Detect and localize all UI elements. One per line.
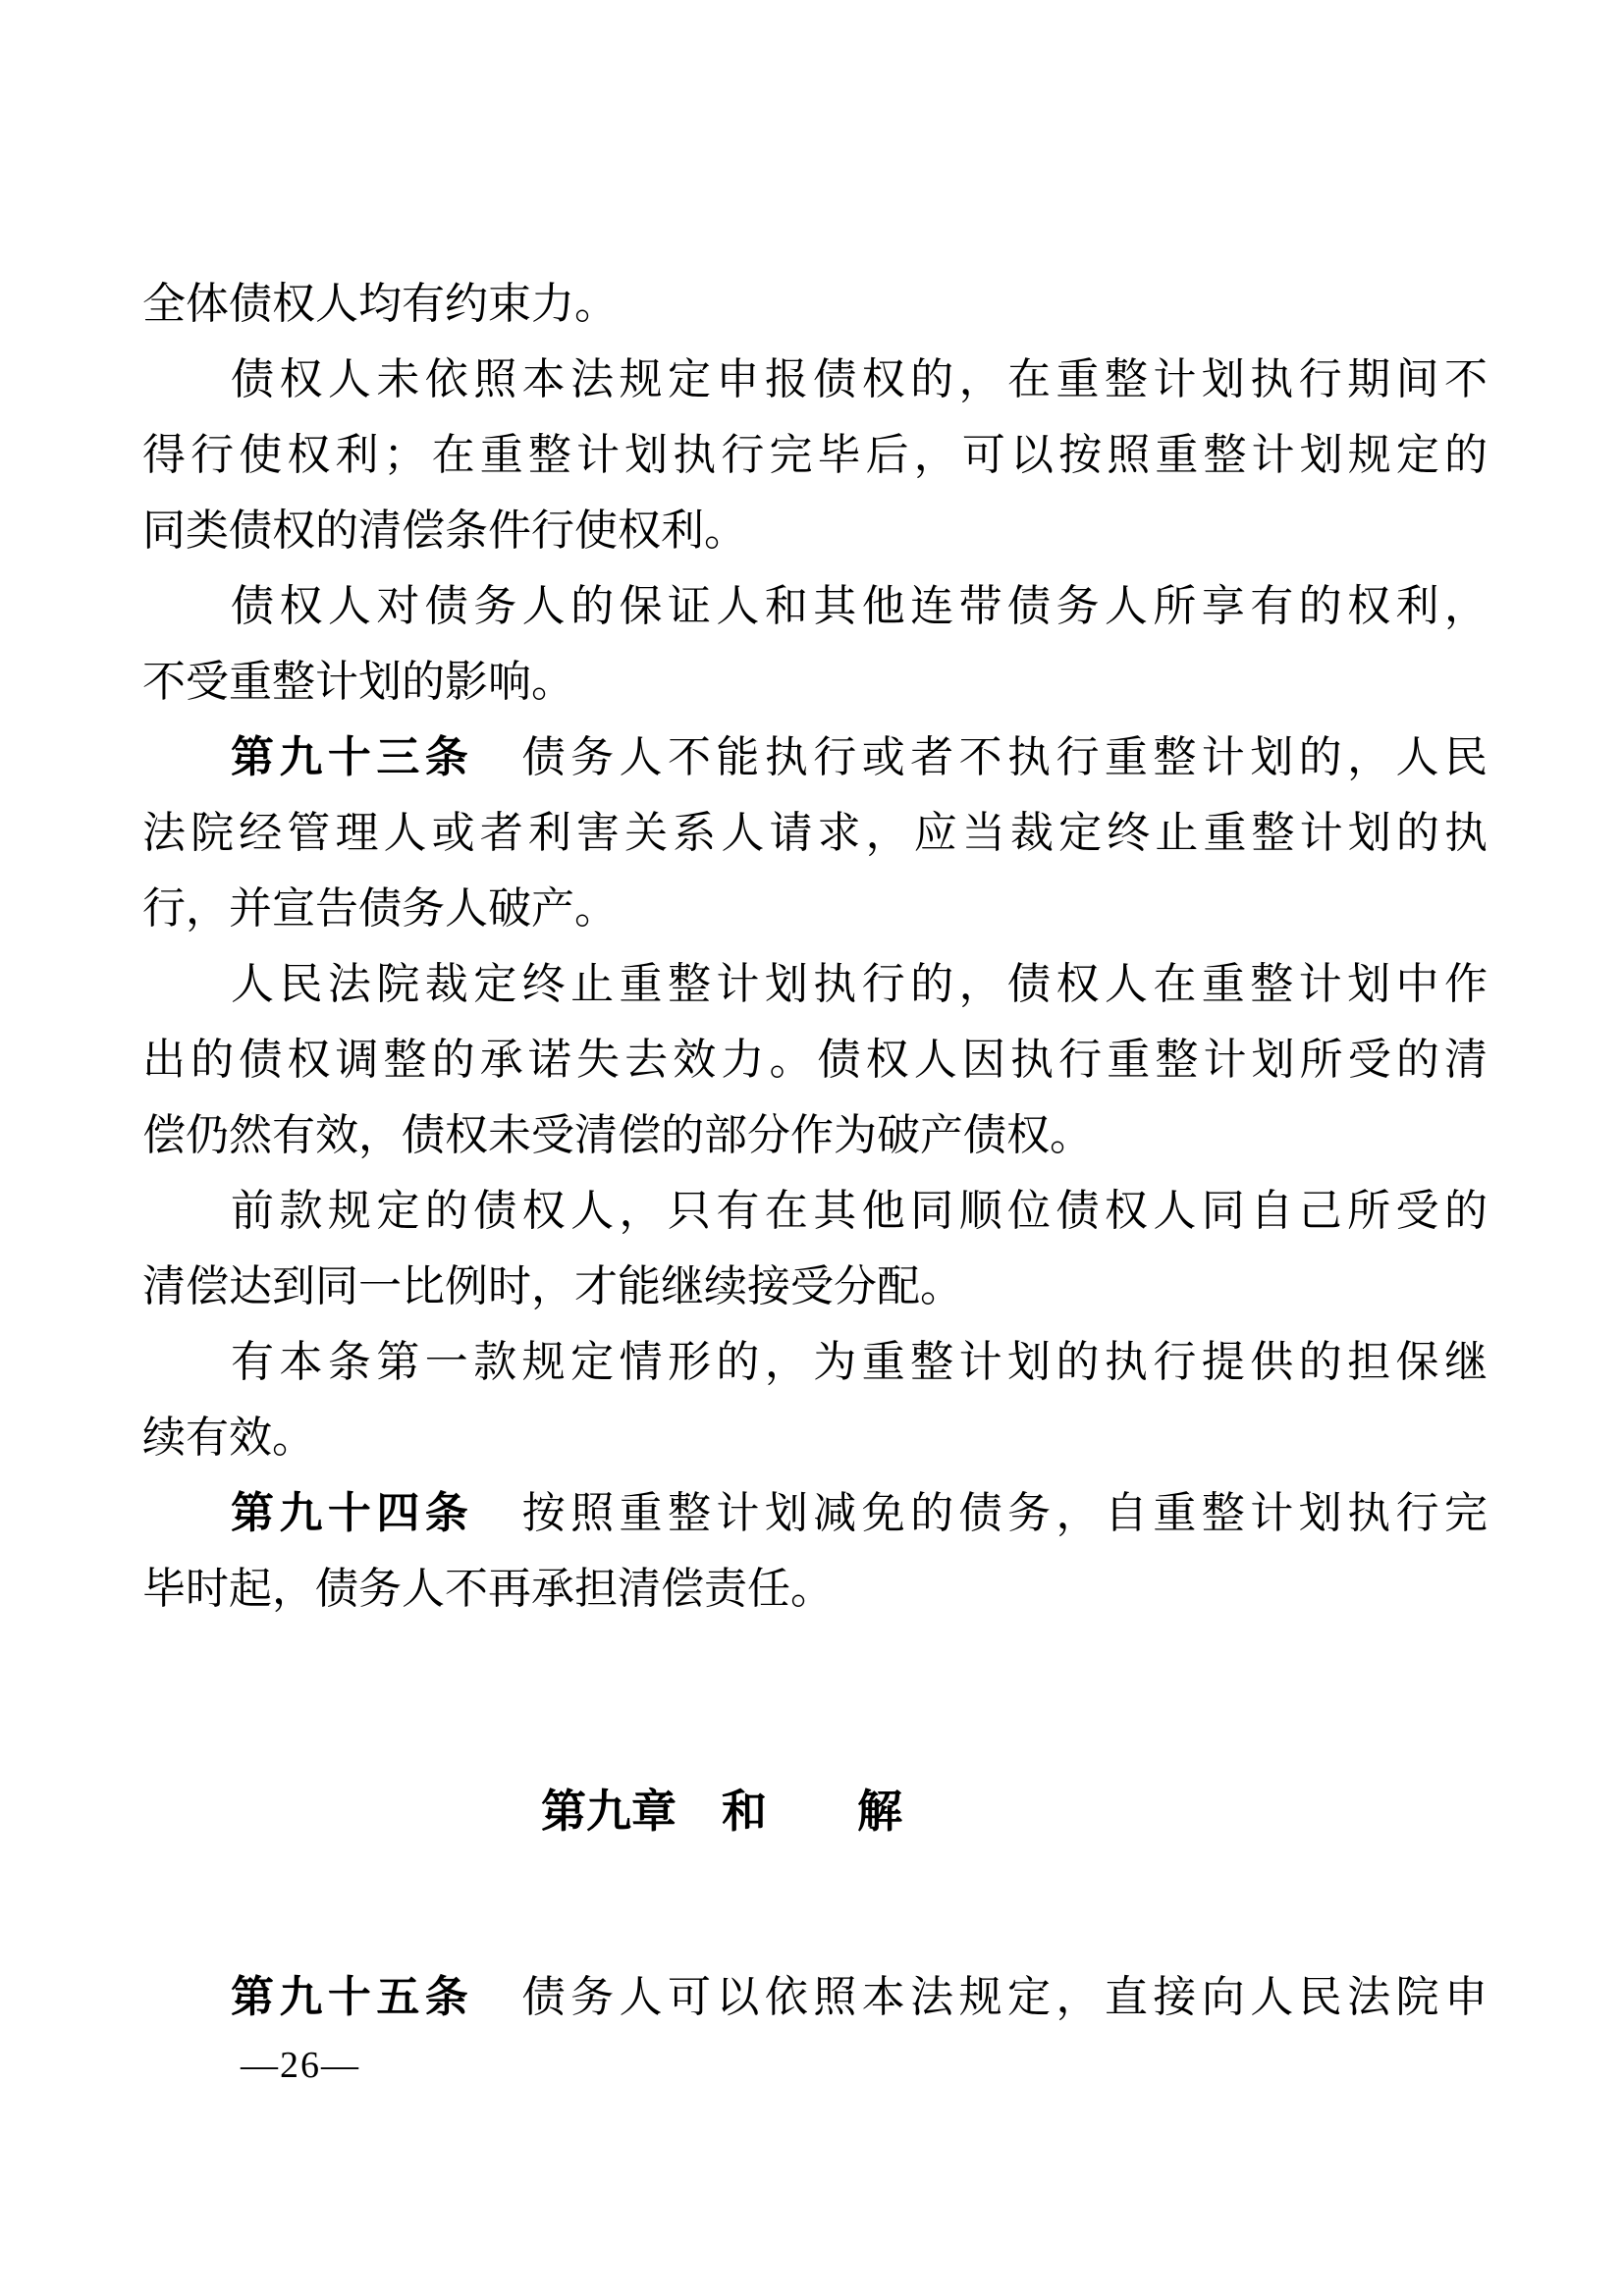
article-text: 按照重整计划减免的债务，自重整计划执行完 (473, 1489, 1488, 1537)
text-line: 偿仍然有效，债权未受清偿的部分作为破产债权。 (142, 1097, 1488, 1173)
article-text: 债务人不能执行或者不执行重整计划的，人民 (473, 733, 1488, 781)
text-line: 债权人对债务人的保证人和其他连带债务人所享有的权利， (142, 568, 1488, 644)
text-line: 不受重整计划的影响。 (142, 644, 1488, 720)
text-line: 第九十四条 按照重整计划减免的债务，自重整计划执行完 (142, 1475, 1488, 1551)
text-line: 同类债权的清偿条件行使权利。 (142, 493, 1488, 568)
text-line: 人民法院裁定终止重整计划执行的，债权人在重整计划中作 (142, 946, 1488, 1022)
document-body: 全体债权人均有约束力。 债权人未依照本法规定申报债权的，在重整计划执行期间不 得… (142, 266, 1488, 2035)
text-line: 毕时起，债务人不再承担清偿责任。 (142, 1551, 1488, 1627)
text-line: 得行使权利；在重整计划执行完毕后，可以按照重整计划规定的 (142, 417, 1488, 493)
article-text: 债务人可以依照本法规定，直接向人民法院申 (473, 1973, 1488, 2021)
document-page: 全体债权人均有约束力。 债权人未依照本法规定申报债权的，在重整计划执行期间不 得… (0, 0, 1624, 2296)
text-line: 全体债权人均有约束力。 (142, 266, 1488, 342)
page-number: —26— (241, 2044, 360, 2087)
text-line: 清偿达到同一比例时，才能继续接受分配。 (142, 1249, 1488, 1324)
text-line: 第九十三条 债务人不能执行或者不执行重整计划的，人民 (142, 720, 1488, 795)
text-line: 前款规定的债权人，只有在其他同顺位债权人同自己所受的 (142, 1173, 1488, 1249)
text-line: 行，并宣告债务人破产。 (142, 871, 1488, 946)
chapter-heading: 第九章 和 解 (142, 1774, 1301, 1849)
text-line: 债权人未依照本法规定申报债权的，在重整计划执行期间不 (142, 342, 1488, 417)
text-line: 有本条第一款规定情形的，为重整计划的执行提供的担保继 (142, 1324, 1488, 1400)
article-number: 第九十五条 (231, 1973, 473, 2021)
article-number: 第九十三条 (231, 733, 473, 781)
text-line: 法院经管理人或者利害关系人请求，应当裁定终止重整计划的执 (142, 795, 1488, 871)
text-line: 第九十五条 债务人可以依照本法规定，直接向人民法院申 (142, 1959, 1488, 2035)
text-line: 续有效。 (142, 1400, 1488, 1475)
article-number: 第九十四条 (231, 1489, 473, 1537)
text-line: 出的债权调整的承诺失去效力。债权人因执行重整计划所受的清 (142, 1022, 1488, 1097)
